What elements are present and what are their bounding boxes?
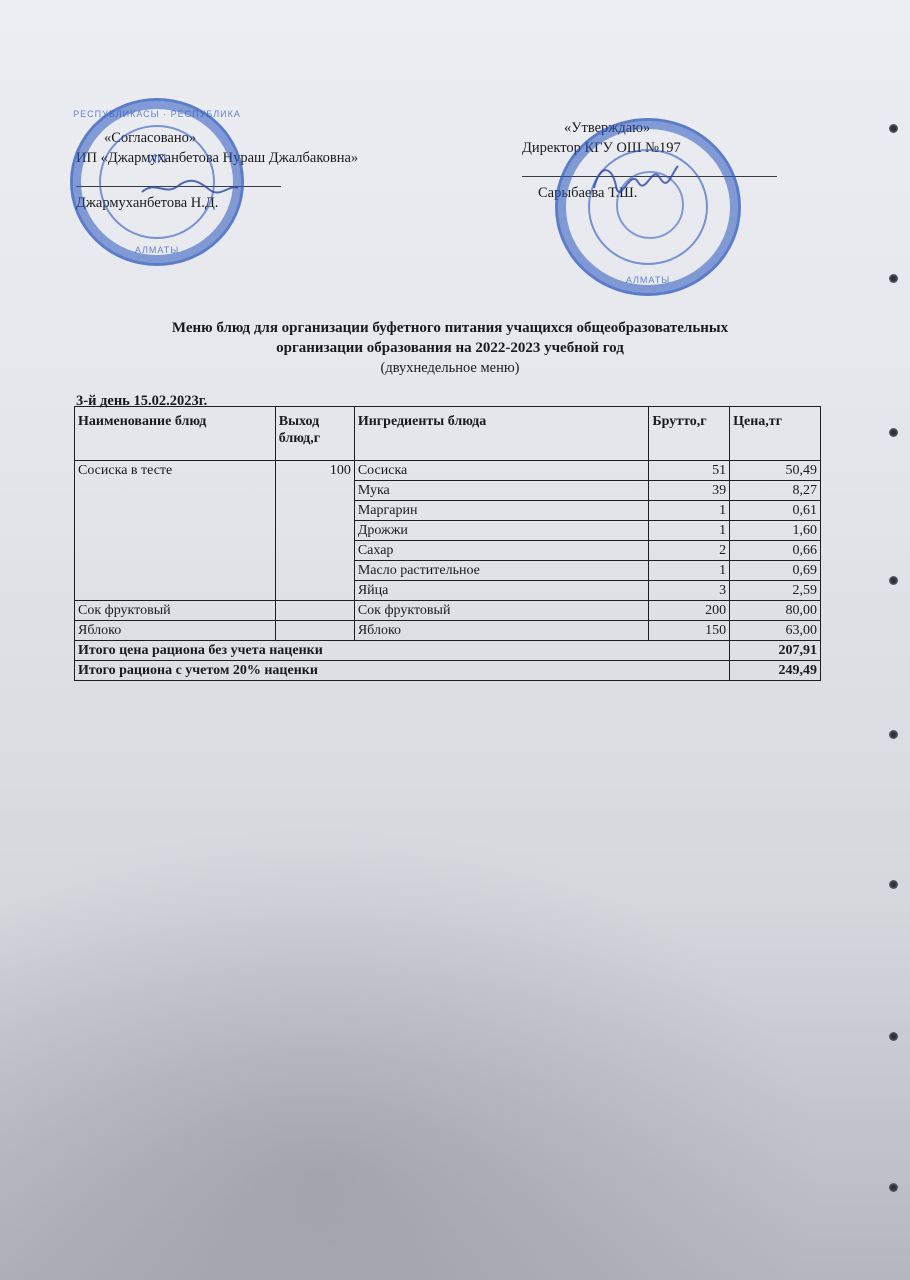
header-gross: Брутто,г: [649, 407, 730, 461]
dish-output: [275, 621, 354, 641]
punch-hole: [889, 880, 898, 889]
dish-name: Сосиска в тесте: [75, 461, 276, 601]
ingredient-gross: 51: [649, 461, 730, 481]
dish-name: Яблоко: [75, 621, 276, 641]
ingredient-price: 50,49: [730, 461, 821, 481]
header-dish: Наименование блюд: [75, 407, 276, 461]
ingredient-gross: 150: [649, 621, 730, 641]
ingredient-gross: 2: [649, 541, 730, 561]
ingredient-gross: 1: [649, 501, 730, 521]
stamp-bottom-text: АЛМАТЫ: [73, 245, 241, 255]
ingredient-name: Маргарин: [354, 501, 649, 521]
total-value: 249,49: [730, 661, 821, 681]
ingredient-gross: 39: [649, 481, 730, 501]
signature-right-icon: [590, 158, 680, 198]
photo-shadow: [0, 760, 910, 1280]
stamp-center-text: ИП: [73, 151, 241, 166]
ingredient-gross: 1: [649, 561, 730, 581]
table-row: Сосиска в тесте100Сосиска5150,49: [75, 461, 821, 481]
ingredient-price: 2,59: [730, 581, 821, 601]
ingredient-price: 1,60: [730, 521, 821, 541]
punch-hole: [889, 576, 898, 585]
ingredient-gross: 3: [649, 581, 730, 601]
ingredient-name: Яблоко: [354, 621, 649, 641]
punch-hole: [889, 1183, 898, 1192]
document-subtitle: (двухнедельное меню): [70, 358, 830, 378]
table-row: Сок фруктовыйСок фруктовый20080,00: [75, 601, 821, 621]
ingredient-gross: 1: [649, 521, 730, 541]
ingredient-price: 0,69: [730, 561, 821, 581]
ingredient-price: 0,61: [730, 501, 821, 521]
ingredient-name: Сосиска: [354, 461, 649, 481]
document-title-line2: организации образования на 2022-2023 уче…: [70, 338, 830, 358]
ingredient-price: 8,27: [730, 481, 821, 501]
stamp-right-icon: АЛМАТЫ: [555, 118, 741, 296]
ingredient-name: Мука: [354, 481, 649, 501]
document-title-block: Меню блюд для организации буфетного пита…: [70, 318, 830, 378]
punch-hole: [889, 730, 898, 739]
ingredient-price: 80,00: [730, 601, 821, 621]
ingredient-price: 63,00: [730, 621, 821, 641]
total-label: Итого рациона с учетом 20% наценки: [75, 661, 730, 681]
binder-holes: [876, 0, 906, 1280]
punch-hole: [889, 274, 898, 283]
ingredient-price: 0,66: [730, 541, 821, 561]
ingredient-name: Яйца: [354, 581, 649, 601]
ingredient-name: Сок фруктовый: [354, 601, 649, 621]
total-label: Итого цена рациона без учета наценки: [75, 641, 730, 661]
ingredient-name: Дрожжи: [354, 521, 649, 541]
punch-hole: [889, 1032, 898, 1041]
punch-hole: [889, 428, 898, 437]
dish-output: 100: [275, 461, 354, 601]
punch-hole: [889, 124, 898, 133]
header-ingredients: Ингредиенты блюда: [354, 407, 649, 461]
ingredient-name: Сахар: [354, 541, 649, 561]
header-price: Цена,тг: [730, 407, 821, 461]
signature-left-icon: [140, 178, 240, 198]
total-value: 207,91: [730, 641, 821, 661]
total-row: Итого цена рациона без учета наценки207,…: [75, 641, 821, 661]
ingredient-gross: 200: [649, 601, 730, 621]
dish-name: Сок фруктовый: [75, 601, 276, 621]
ingredient-name: Масло растительное: [354, 561, 649, 581]
total-row: Итого рациона с учетом 20% наценки249,49: [75, 661, 821, 681]
dish-output: [275, 601, 354, 621]
table-row: ЯблокоЯблоко15063,00: [75, 621, 821, 641]
stamp-ring-text: РЕСПУБЛИКАСЫ · РЕСПУБЛИКА: [73, 109, 241, 119]
menu-table: Наименование блюд Выход блюд,г Ингредиен…: [74, 406, 821, 681]
header-output: Выход блюд,г: [275, 407, 354, 461]
stamp-bottom-text: АЛМАТЫ: [558, 275, 738, 285]
table-header-row: Наименование блюд Выход блюд,г Ингредиен…: [75, 407, 821, 461]
document-title-line1: Меню блюд для организации буфетного пита…: [70, 318, 830, 338]
